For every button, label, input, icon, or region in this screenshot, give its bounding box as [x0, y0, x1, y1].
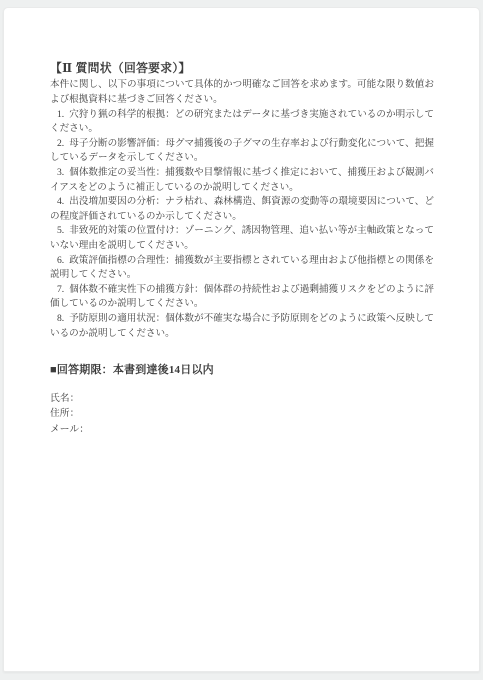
question-list: 1.穴狩り猟の科学的根拠：どの研究またはデータに基づき実施されているのか明示して…: [50, 108, 434, 342]
question-item-5: 5.非致死的対策の位置付け：ゾーニング、誘因物管理、追い払い等が主軸政策となって…: [50, 224, 434, 253]
question-number: 5.: [57, 225, 64, 236]
field-name-label: 氏名：: [50, 392, 434, 407]
question-number: 1.: [57, 109, 64, 120]
question-text: 個体数不確実性下の捕獲方針：個体群の持続性および過剰捕獲リスクをどのように評価し…: [50, 284, 434, 310]
field-email-label: メール：: [50, 423, 434, 438]
question-item-1: 1.穴狩り猟の科学的根拠：どの研究またはデータに基づき実施されているのか明示して…: [50, 108, 434, 137]
question-text: 政策評価指標の合理性：捕獲数が主要指標とされている理由および他指標との関係を説明…: [50, 255, 434, 281]
question-number: 3.: [57, 167, 64, 178]
question-text: 穴狩り猟の科学的根拠：どの研究またはデータに基づき実施されているのか明示してくだ…: [50, 109, 434, 135]
intro-paragraph: 本件に関し、以下の事項について具体的かつ明確なご回答を求めます。可能な限り数値お…: [50, 78, 434, 108]
question-number: 2.: [57, 138, 64, 149]
question-text: 出没増加要因の分析：ナラ枯れ、森林構造、餌資源の変動等の環境要因について、どの程…: [50, 196, 434, 222]
question-text: 母子分断の影響評価：母グマ捕獲後の子グマの生存率および行動変化について、把握して…: [50, 138, 434, 164]
question-number: 4.: [57, 196, 64, 207]
question-item-6: 6.政策評価指標の合理性：捕獲数が主要指標とされている理由および他指標との関係を…: [50, 254, 434, 283]
field-address-label: 住所：: [50, 407, 434, 422]
question-number: 8.: [57, 313, 64, 324]
question-item-7: 7.個体数不確実性下の捕獲方針：個体群の持続性および過剰捕獲リスクをどのように評…: [50, 283, 434, 312]
question-item-2: 2.母子分断の影響評価：母グマ捕獲後の子グマの生存率および行動変化について、把握…: [50, 137, 434, 166]
question-item-3: 3.個体数推定の妥当性：捕獲数や目撃情報に基づく推定において、捕獲圧および観測バ…: [50, 166, 434, 195]
document-section-title: 【Ⅱ 質問状（回答要求）】: [50, 61, 434, 76]
question-number: 6.: [57, 255, 64, 266]
reply-deadline: ■回答期限：本書到達後14日以内: [50, 363, 434, 378]
contact-fields: 氏名： 住所： メール：: [50, 392, 434, 437]
question-text: 予防原則の適用状況：個体数が不確実な場合に予防原則をどのように政策へ反映している…: [50, 313, 434, 339]
question-text: 非致死的対策の位置付け：ゾーニング、誘因物管理、追い払い等が主軸政策となっていな…: [50, 225, 434, 251]
question-text: 個体数推定の妥当性：捕獲数や目撃情報に基づく推定において、捕獲圧および観測バイア…: [50, 167, 434, 193]
question-item-8: 8.予防原則の適用状況：個体数が不確実な場合に予防原則をどのように政策へ反映して…: [50, 312, 434, 341]
question-number: 7.: [57, 284, 64, 295]
document-page: 【Ⅱ 質問状（回答要求）】 本件に関し、以下の事項について具体的かつ明確なご回答…: [3, 7, 480, 672]
question-item-4: 4.出没増加要因の分析：ナラ枯れ、森林構造、餌資源の変動等の環境要因について、ど…: [50, 195, 434, 224]
